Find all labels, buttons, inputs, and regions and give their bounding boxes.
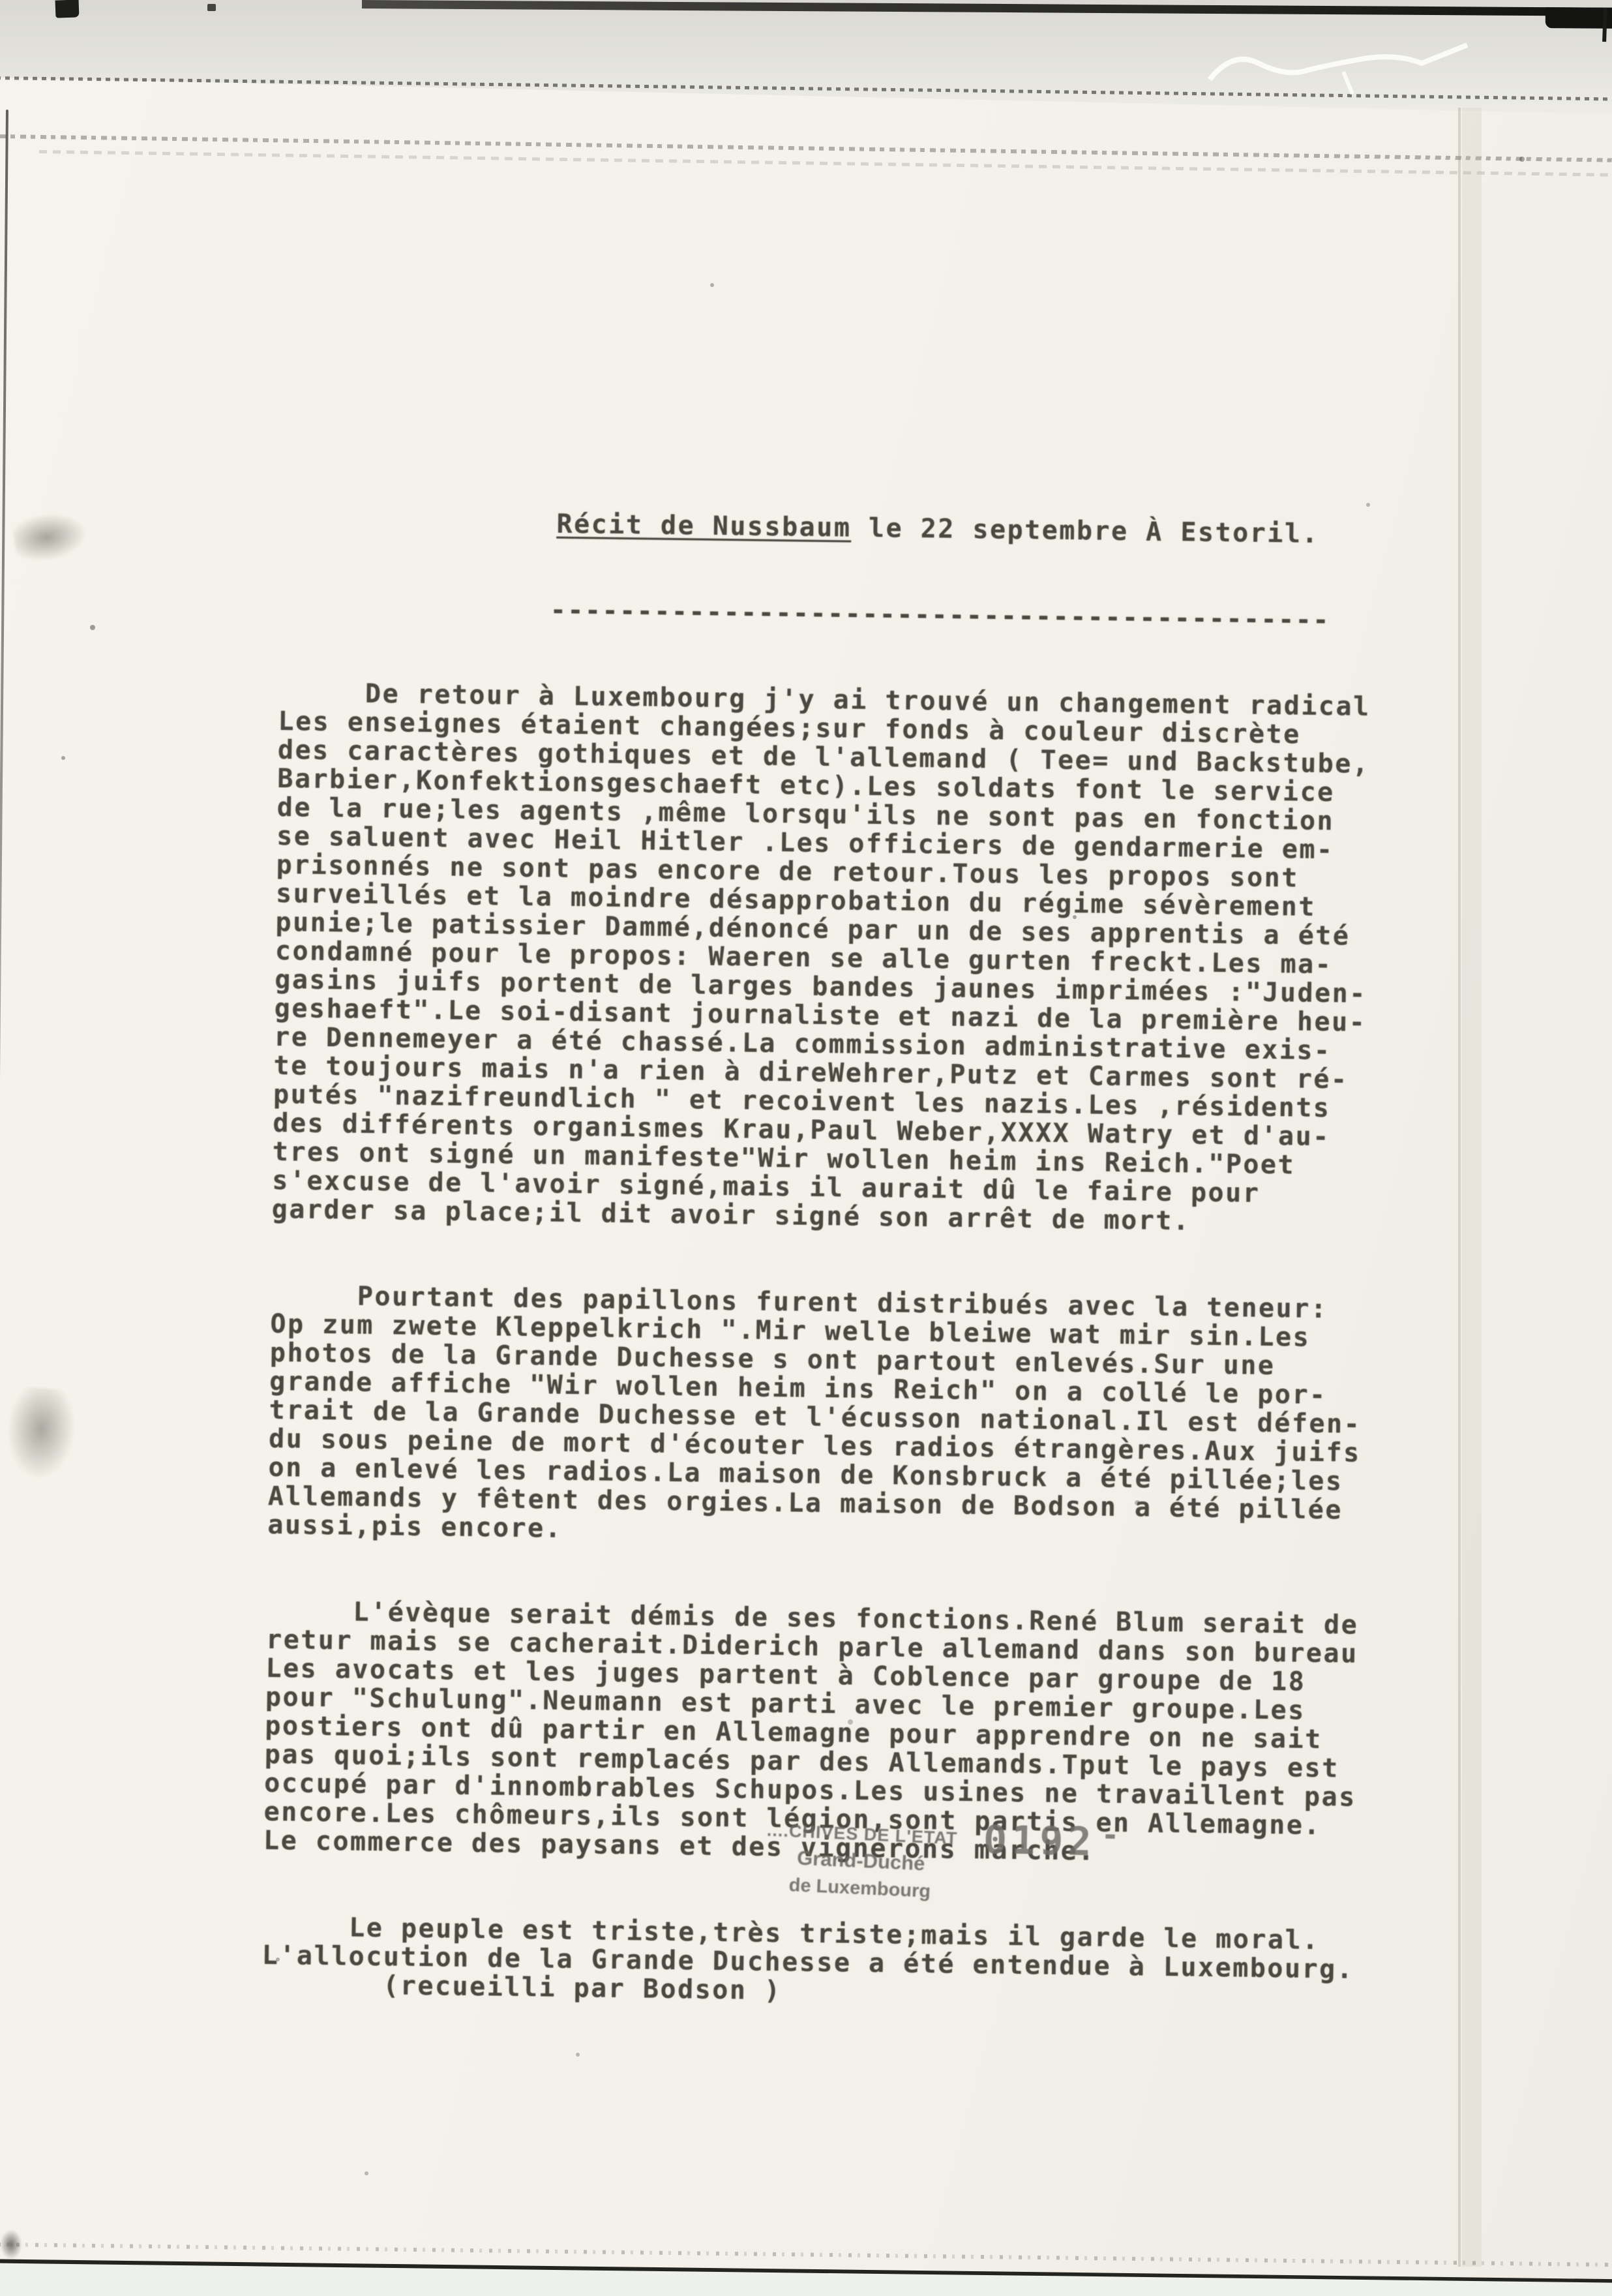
archive-stamp: ....CHIVES DE L'ETAT Grand-Duché de Luxe…	[758, 1820, 964, 1904]
page-top-torn-edge-2	[39, 150, 1612, 177]
scanner-bottom-strip	[0, 2252, 1612, 2296]
folio-dash: -	[1101, 1817, 1124, 1853]
folio-number-stamp: 0192-	[983, 1817, 1124, 1865]
paragraph-4: Le peuple est triste,très triste;mais il…	[261, 1912, 1387, 2014]
vertical-fold-line	[1458, 108, 1461, 2267]
page-left-torn-edge	[0, 110, 8, 1929]
dashed-separator: ----------------------------------------…	[550, 596, 1404, 635]
title-rest: le 22 septembre À Estoril.	[851, 513, 1319, 549]
dust-specks	[0, 0, 3, 3]
paragraph-2: Pourtant des papillons furent distribués…	[267, 1281, 1395, 1554]
scanned-document-page: Récit de Nussbaum le 22 septembre À Esto…	[0, 0, 1612, 2296]
document-title: Récit de Nussbaum le 22 septembre À Esto…	[556, 510, 1405, 550]
page-top-torn-edge	[0, 134, 1612, 162]
paper-crease-mark	[1203, 34, 1510, 99]
stamp-line-2: Grand-Duché	[760, 1845, 963, 1877]
vertical-fold-shading	[1462, 108, 1482, 2267]
staple-smudge-upper	[12, 509, 89, 565]
top-left-ink-mark	[55, 0, 80, 18]
top-left-small-mark	[207, 4, 216, 11]
title-underlined-part: Récit de Nussbaum	[556, 509, 851, 543]
staple-smudge-lower	[3, 1385, 79, 1483]
paragraph-1: De retour à Luxembourg j'y ai trouvé un …	[271, 678, 1403, 1238]
folio-number: 0192	[983, 1817, 1096, 1865]
